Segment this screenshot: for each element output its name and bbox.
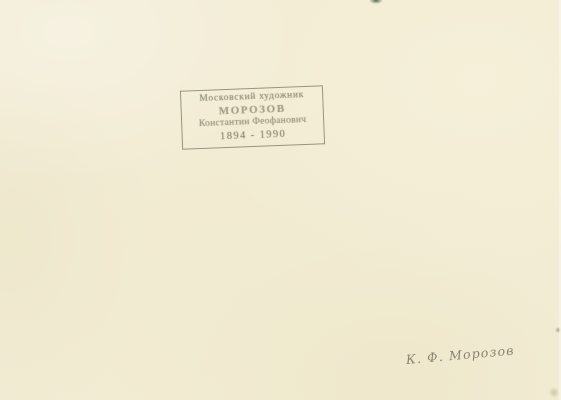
- ink-speck-top-edge: [369, 0, 383, 4]
- artist-signature: К. Ф. Морозов: [405, 342, 526, 367]
- speck-right-edge: [555, 327, 561, 333]
- mark-bottom-right: [549, 387, 559, 398]
- artist-stamp: Московский художник МОРОЗОВ Константин Ф…: [180, 85, 325, 149]
- paper-sheet: Московский художник МОРОЗОВ Константин Ф…: [0, 0, 561, 400]
